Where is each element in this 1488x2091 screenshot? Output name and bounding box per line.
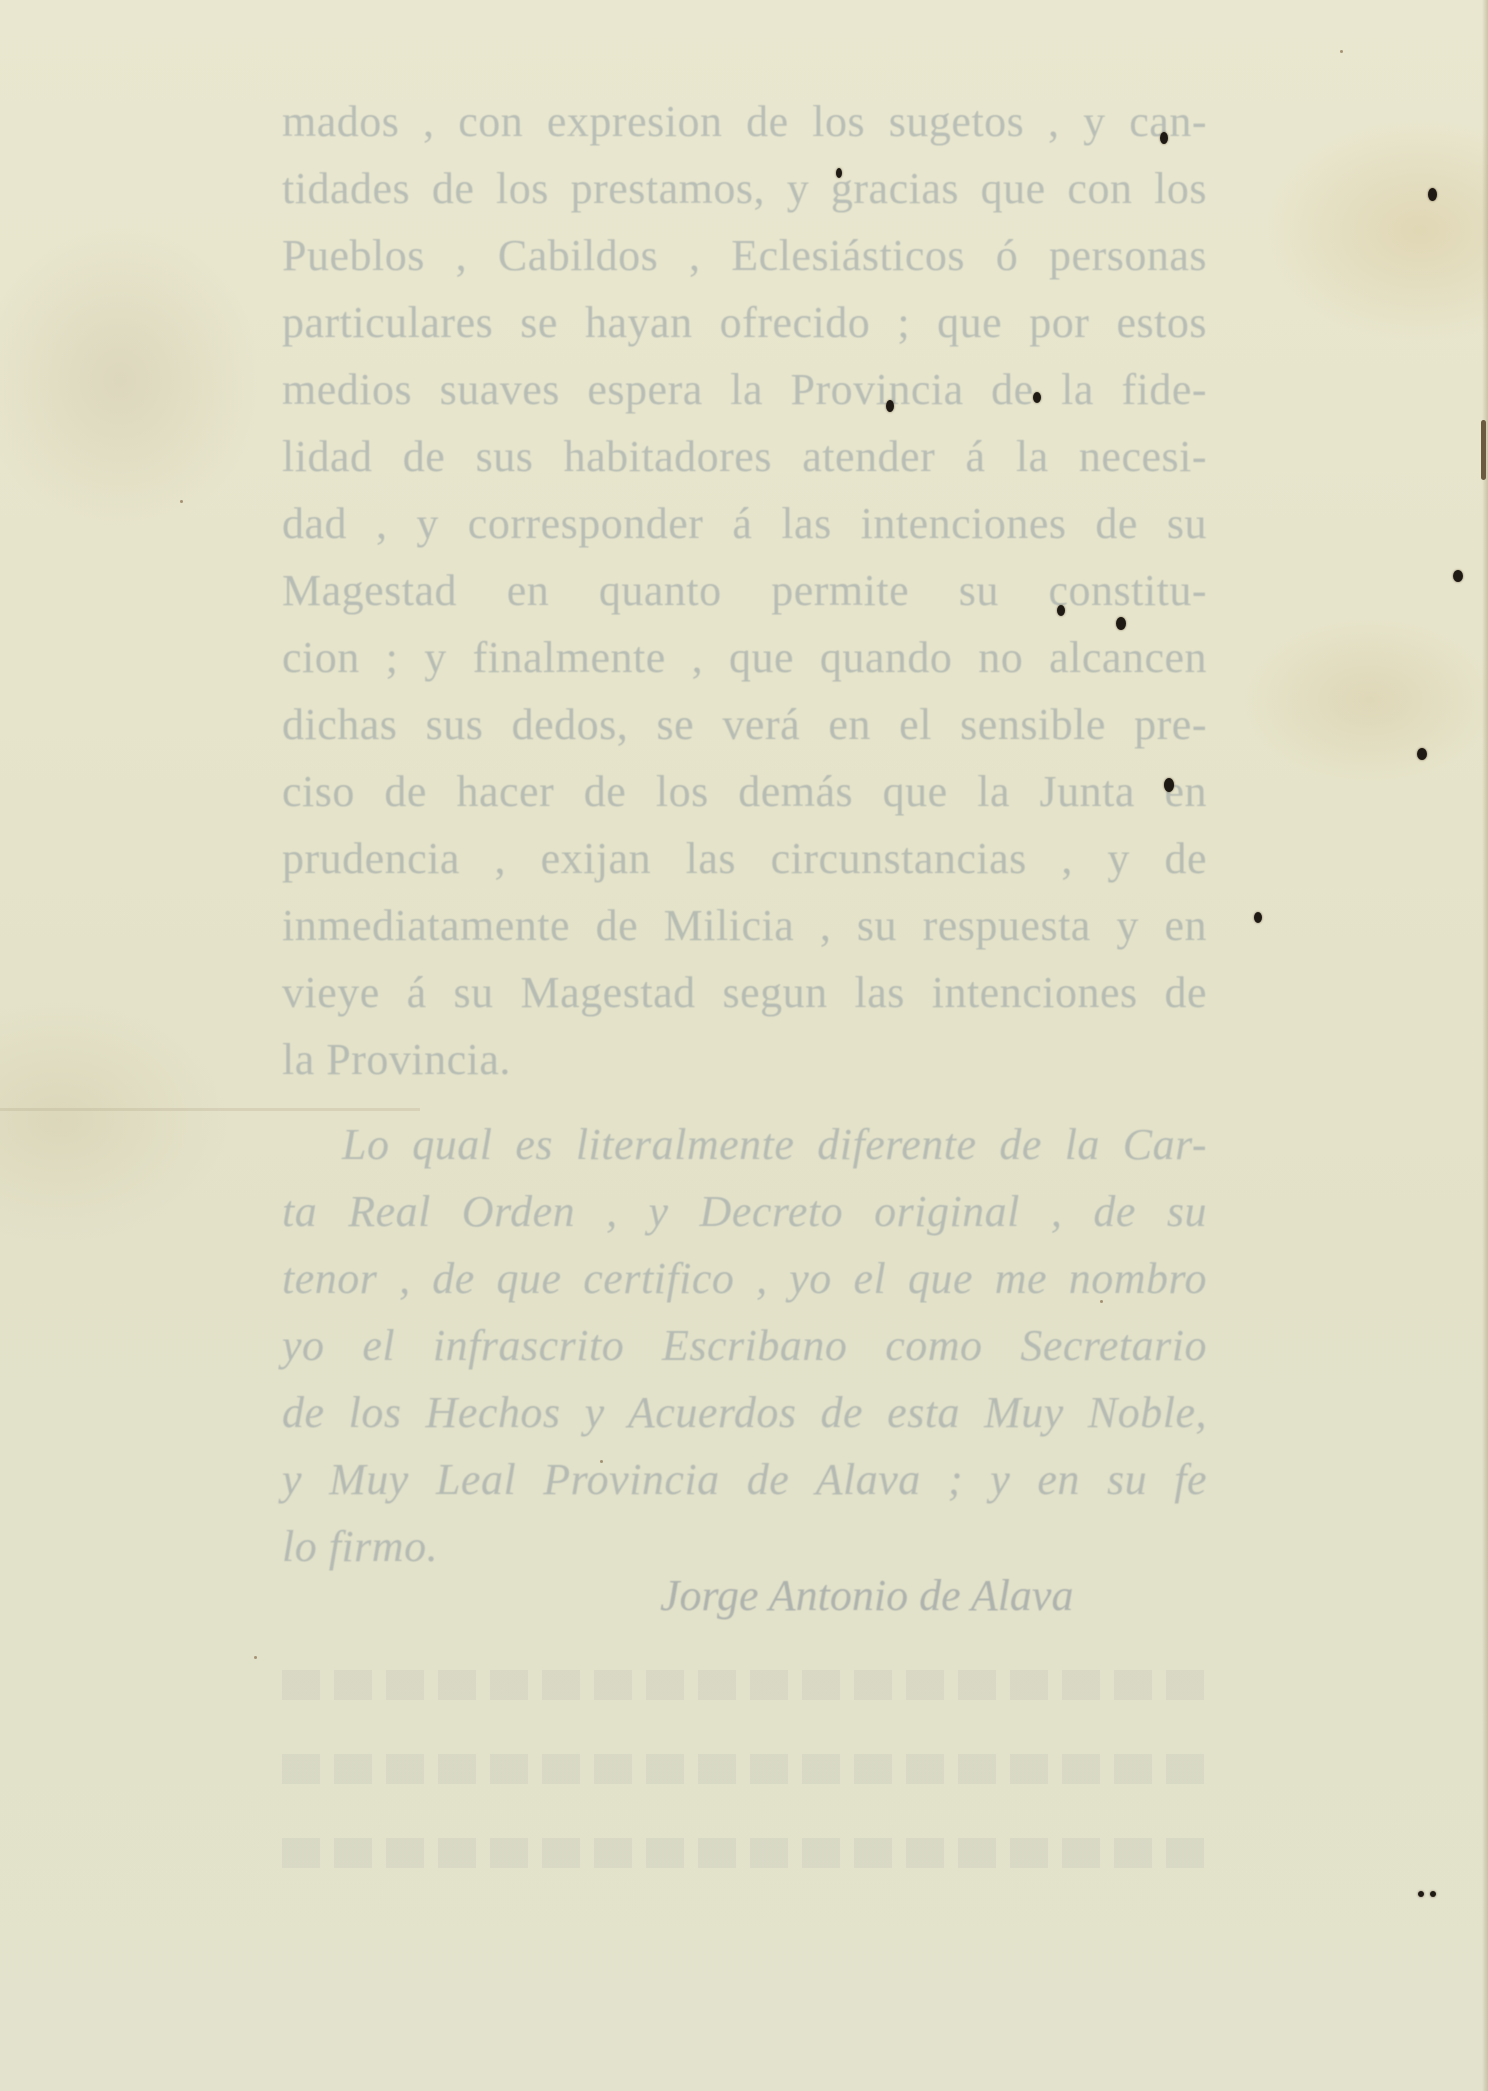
text-line: prudencia , exijan las circunstancias , … xyxy=(282,825,1207,892)
text-line: yo el infrascrito Escribano como Secreta… xyxy=(282,1312,1207,1379)
wormhole xyxy=(1254,912,1262,923)
wormhole xyxy=(1417,748,1427,760)
text-line: mados , con expresion de los sugetos , y… xyxy=(282,88,1207,155)
wormhole xyxy=(1453,570,1463,582)
text-line: medios suaves espera la Provincia de la … xyxy=(282,356,1207,423)
page-edge-shadow xyxy=(1482,0,1488,2091)
text-line: tenor , de que certifico , yo el que me … xyxy=(282,1245,1207,1312)
signature: Jorge Antonio de Alava xyxy=(660,1570,1073,1621)
text-line: de los Hechos y Acuerdos de esta Muy Nob… xyxy=(282,1379,1207,1446)
text-line: Lo qual es literalmente diferente de la … xyxy=(282,1111,1207,1178)
text-line: dichas sus dedos, se verá en el sensible… xyxy=(282,691,1207,758)
wormhole xyxy=(1164,778,1174,792)
wormhole xyxy=(1430,1891,1436,1897)
wormhole xyxy=(1160,132,1168,144)
wormhole xyxy=(1033,392,1041,403)
text-line: lidad de sus habitadores atender á la ne… xyxy=(282,423,1207,490)
wormhole xyxy=(1057,605,1065,616)
text-line: particulares se hayan ofrecido ; que por… xyxy=(282,289,1207,356)
wormhole xyxy=(1116,617,1126,630)
text-line: Pueblos , Cabildos , Eclesiásticos ó per… xyxy=(282,222,1207,289)
text-line: ciso de hacer de los demás que la Junta … xyxy=(282,758,1207,825)
text-line: Magestad en quanto permite su constitu- xyxy=(282,557,1207,624)
wormhole xyxy=(836,168,842,178)
text-line: tidades de los prestamos, y gracias que … xyxy=(282,155,1207,222)
text-line: ta Real Orden , y Decreto original , de … xyxy=(282,1178,1207,1245)
wormhole xyxy=(886,400,894,412)
text-line: la Provincia. xyxy=(282,1026,1207,1093)
show-through-text: mados , con expresion de los sugetos , y… xyxy=(282,88,1207,1580)
text-line: y Muy Leal Provincia de Alava ; y en su … xyxy=(282,1446,1207,1513)
wormhole xyxy=(1418,1891,1424,1897)
scanned-page: mados , con expresion de los sugetos , y… xyxy=(0,0,1488,2091)
edge-tear xyxy=(1481,420,1486,480)
text-line: dad , y corresponder á las intenciones d… xyxy=(282,490,1207,557)
body-paragraph: mados , con expresion de los sugetos , y… xyxy=(282,88,1207,1093)
text-line: cion ; y finalmente , que quando no alca… xyxy=(282,624,1207,691)
wormhole xyxy=(1428,188,1437,201)
faint-bleed-lines xyxy=(282,1650,1207,1902)
text-line: vieye á su Magestad segun las intencione… xyxy=(282,959,1207,1026)
text-line: inmediatamente de Milicia , su respuesta… xyxy=(282,892,1207,959)
certification-paragraph: Lo qual es literalmente diferente de la … xyxy=(282,1111,1207,1580)
